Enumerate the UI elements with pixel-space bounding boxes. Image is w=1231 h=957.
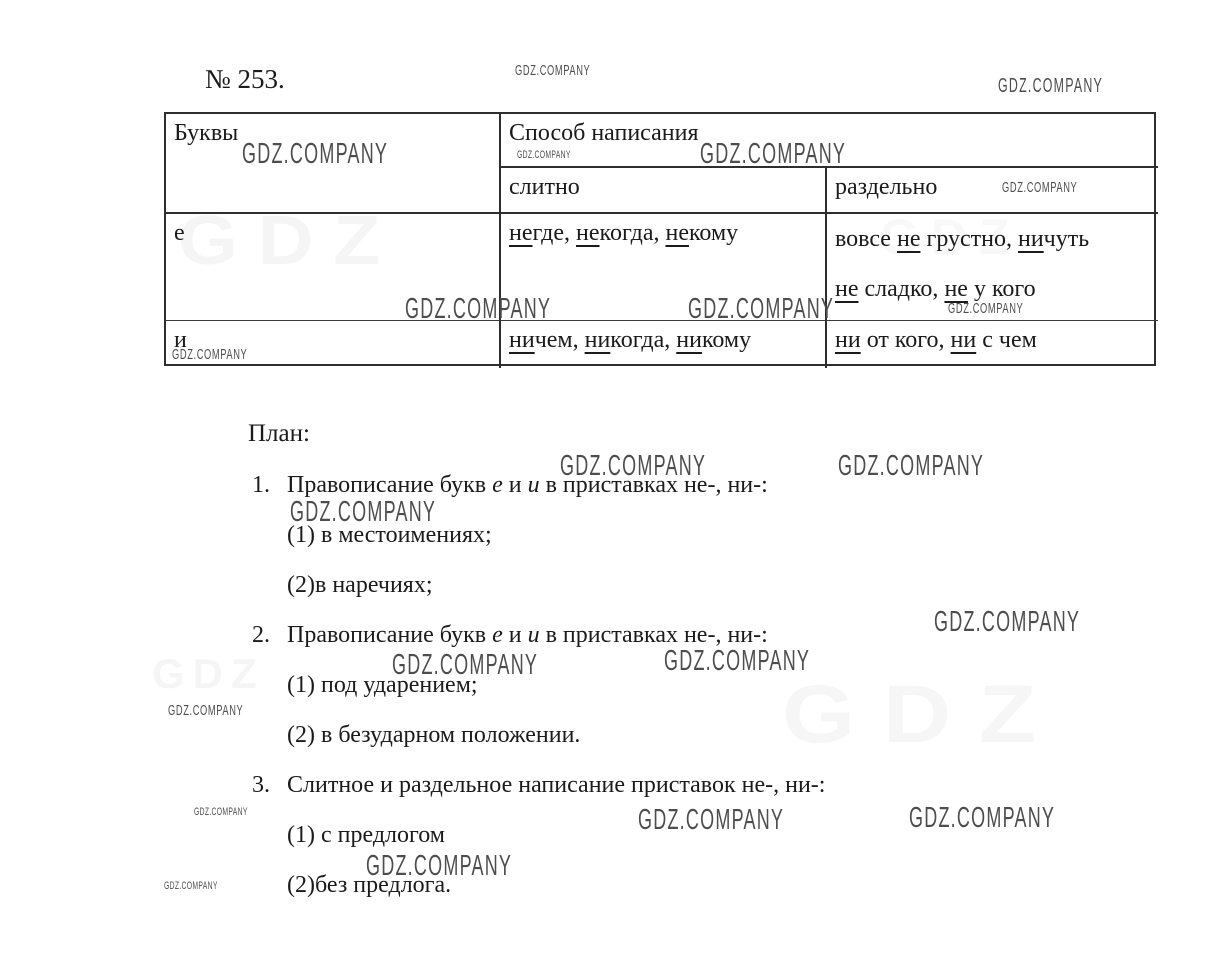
gdz-watermark: GDZ.COMPANY	[664, 645, 810, 678]
table-header-method: Способ написания	[499, 114, 1158, 166]
plan-item-3-sub-1: (1) с предлогом	[287, 822, 445, 849]
table-header-letters: Буквы	[166, 114, 499, 212]
plan-item-3-marker: 3.	[252, 772, 270, 799]
gdz-watermark: GDZ.COMPANY	[638, 804, 784, 837]
plan-item-2-text: Правописание букв е и и в приставках не-…	[287, 622, 768, 649]
table-row-e-letter: е	[166, 212, 499, 320]
plan-item-1-marker: 1.	[252, 472, 270, 499]
plan-item-3-text: Слитное и раздельное написание приставок…	[287, 772, 825, 799]
plan-item-3-sub-2: (2)без предлога.	[287, 872, 451, 899]
gdz-watermark-large: GDZ	[782, 668, 1064, 762]
plan-item-2-marker: 2.	[252, 622, 270, 649]
table-row-i-separate: ни от кого, ни с чем	[825, 320, 1158, 368]
document-page: GDZ GDZ GDZ GDZ № 253. Буквы Способ напи…	[0, 0, 1231, 957]
gdz-watermark-large: GDZ	[152, 650, 265, 698]
plan-item-2-sub-2: (2) в безударном положении.	[287, 722, 580, 749]
spelling-table: Буквы Способ написания слитно раздельно …	[164, 112, 1156, 366]
gdz-watermark: GDZ.COMPANY	[164, 880, 218, 892]
gdz-watermark: GDZ.COMPANY	[838, 450, 984, 483]
plan-item-2-sub-1: (1) под ударением;	[287, 672, 478, 699]
exercise-number: № 253.	[205, 64, 285, 95]
gdz-watermark: GDZ.COMPANY	[998, 75, 1103, 98]
table-row-e-together: негде, некогда, некому	[499, 212, 825, 320]
plan-title: План:	[248, 420, 310, 448]
gdz-watermark: GDZ.COMPANY	[934, 606, 1080, 639]
table-row-e-separate: вовсе не грустно, ничутьне сладко, не у …	[825, 212, 1158, 320]
plan-item-1-sub-2: (2)в наречиях;	[287, 572, 433, 599]
table-row-i-together: ничем, никогда, никому	[499, 320, 825, 368]
table-header-together: слитно	[499, 166, 825, 212]
plan-item-1-sub-1: (1) в местоимениях;	[287, 522, 492, 549]
plan-item-1-text: Правописание букв е и и в приставках не-…	[287, 472, 768, 499]
gdz-watermark: GDZ.COMPANY	[515, 62, 590, 79]
gdz-watermark: GDZ.COMPANY	[194, 806, 248, 818]
table-header-separate: раздельно	[825, 166, 1158, 212]
gdz-watermark: GDZ.COMPANY	[168, 702, 243, 719]
table-row-i-letter: и	[166, 320, 499, 368]
gdz-watermark: GDZ.COMPANY	[909, 802, 1055, 835]
